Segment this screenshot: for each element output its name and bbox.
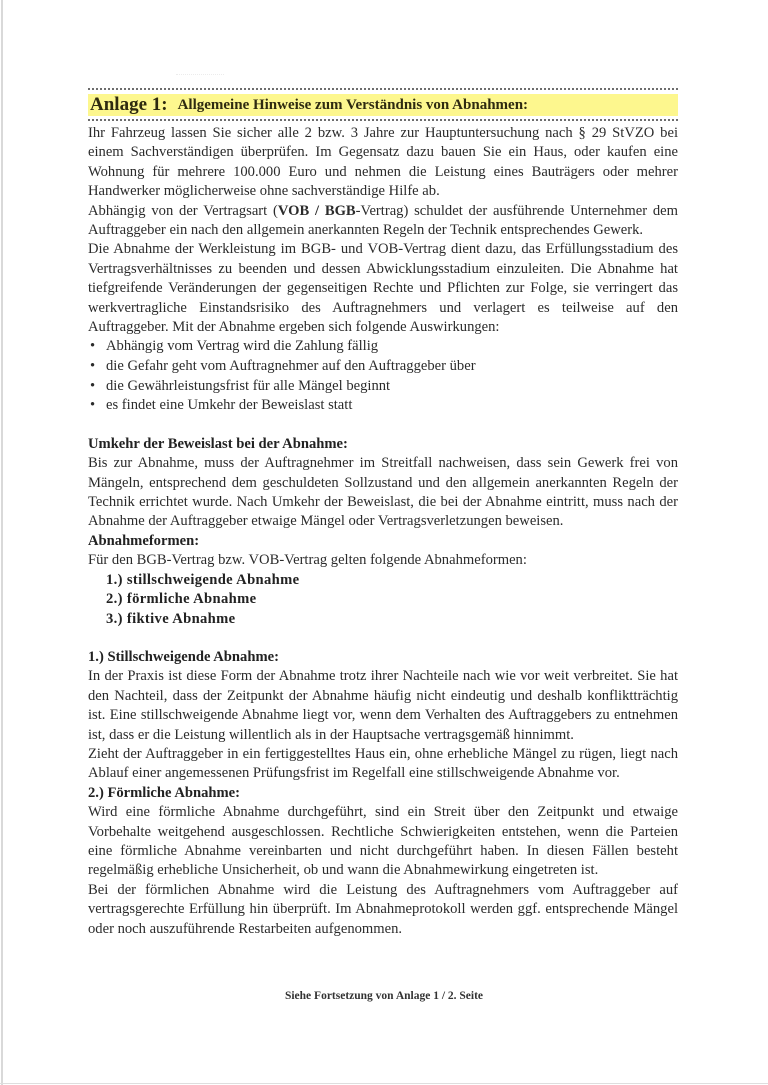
page-edge-left (1, 0, 3, 1085)
tacit-acceptance-paragraph: Zieht der Auftraggeber in ein fertiggest… (88, 745, 678, 784)
bullet-icon: • (90, 396, 95, 416)
title-divider (88, 119, 678, 121)
burden-of-proof-heading: Umkehr der Beweislast bei der Abnahme: (88, 435, 678, 454)
contract-type-paragraph: Abhängig von der Vertragsart (VOB / BGB-… (88, 202, 678, 241)
acceptance-paragraph: Die Abnahme der Werkleistung im BGB- und… (88, 240, 678, 337)
list-item: •Abhängig vom Vertrag wird die Zahlung f… (88, 337, 678, 357)
effects-list: •Abhängig vom Vertrag wird die Zahlung f… (88, 337, 678, 415)
bullet-icon: • (90, 357, 95, 377)
page-edge-bottom (0, 1083, 768, 1084)
acceptance-forms-intro: Für den BGB-Vertrag bzw. VOB-Vertrag gel… (88, 551, 678, 570)
top-divider (88, 88, 678, 90)
title-label: Anlage 1: (90, 94, 168, 116)
tacit-acceptance-heading: 1.) Stillschweigende Abnahme: (88, 648, 678, 667)
list-item: 1.) stillschweigende Abnahme (106, 571, 678, 590)
acceptance-forms-heading: Abnahmeformen: (88, 532, 678, 551)
formal-acceptance-heading: 2.) Förmliche Abnahme: (88, 784, 678, 803)
scan-artifact (176, 74, 224, 78)
list-item: •die Gewährleistungsfrist für alle Mänge… (88, 377, 678, 397)
document-body: Anlage 1: Allgemeine Hinweise zum Verstä… (88, 88, 678, 939)
continuation-note: Siehe Fortsetzung von Anlage 1 / 2. Seit… (0, 990, 768, 1002)
formal-acceptance-paragraph: Wird eine förmliche Abnahme durchgeführt… (88, 803, 678, 881)
burden-of-proof-paragraph: Bis zur Abnahme, muss der Auftragnehmer … (88, 454, 678, 532)
bullet-icon: • (90, 337, 95, 357)
contract-type-bold: VOB / BGB (278, 203, 356, 219)
tacit-acceptance-paragraph: In der Praxis ist diese Form der Abnahme… (88, 667, 678, 745)
acceptance-forms-list: 1.) stillschweigende Abnahme 2.) förmlic… (88, 571, 678, 629)
page-title: Allgemeine Hinweise zum Verständnis von … (178, 97, 528, 114)
formal-acceptance-paragraph: Bei der förmlichen Abnahme wird die Leis… (88, 881, 678, 939)
intro-paragraph: Ihr Fahrzeug lassen Sie sicher alle 2 bz… (88, 124, 678, 202)
title-banner: Anlage 1: Allgemeine Hinweise zum Verstä… (88, 94, 678, 116)
list-item: •die Gefahr geht vom Auftragnehmer auf d… (88, 357, 678, 377)
list-item: 2.) förmliche Abnahme (106, 590, 678, 609)
list-item: •es findet eine Umkehr der Beweislast st… (88, 396, 678, 416)
list-item: 3.) fiktive Abnahme (106, 610, 678, 629)
bullet-icon: • (90, 377, 95, 397)
